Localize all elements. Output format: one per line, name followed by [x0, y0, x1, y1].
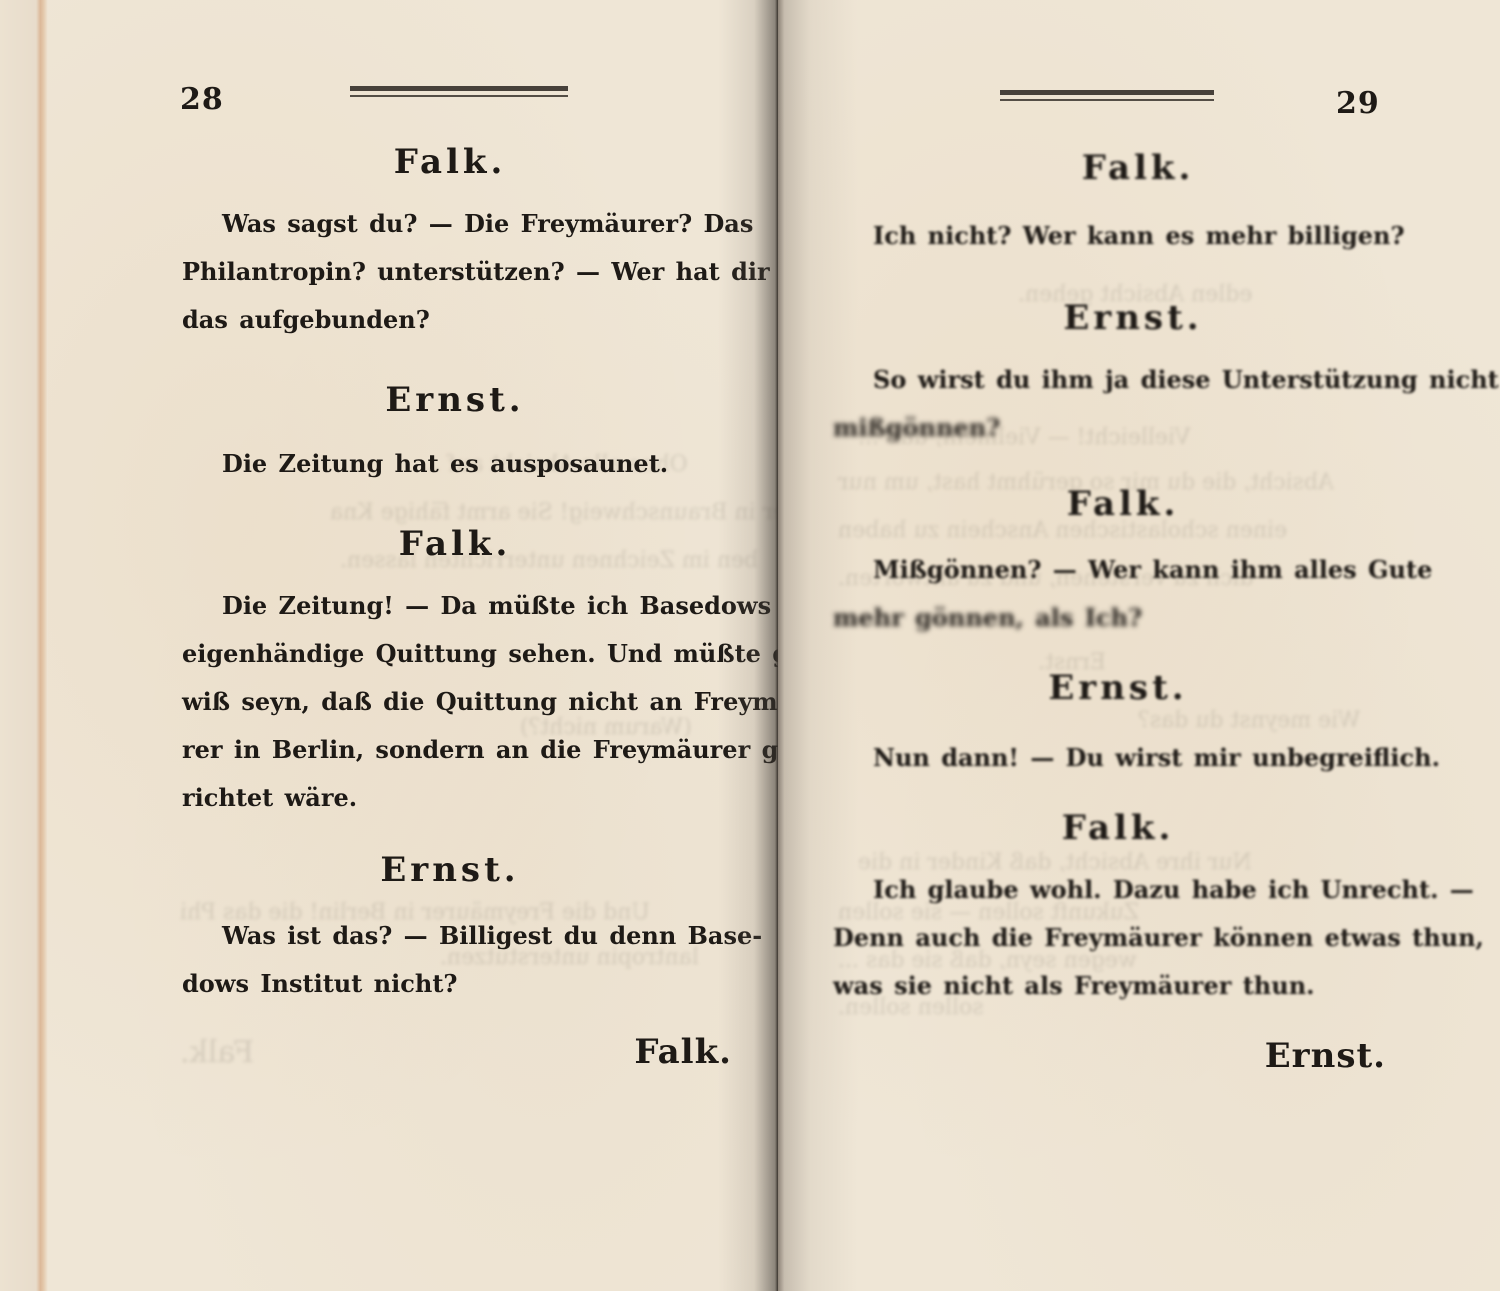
- dialogue-paragraph: Die Zeitung hat es ausposaunet.: [182, 440, 734, 488]
- text-line: Mißgönnen? — Wer kann ihm alles Gute: [833, 546, 1385, 594]
- text-line: Philantropin? unterstützen? — Wer hat di…: [182, 248, 734, 296]
- page-number: 29: [1336, 86, 1380, 121]
- dialogue-paragraph: Ich nicht? Wer kann es mehr billigen?: [873, 212, 1383, 260]
- text-line: wiß seyn, daß die Quittung nicht an Frey…: [182, 678, 734, 726]
- text-line: eigenhändige Quittung sehen. Und müßte g…: [182, 630, 734, 678]
- text-line: Was sagst du? — Die Freymäurer? Das: [182, 200, 734, 248]
- dialogue-paragraph: Nun dann! — Du wirst mir unbegreiflich.: [833, 734, 1385, 782]
- text-line: Ich glaube wohl. Dazu habe ich Unrecht. …: [833, 866, 1385, 914]
- speaker-heading: Falk.: [968, 808, 1268, 848]
- speaker-heading: Ernst.: [305, 380, 605, 420]
- bleed-through-text: Wie meynst du das?: [1138, 708, 1360, 733]
- dialogue-paragraph: Was sagst du? — Die Freymäurer? Das Phil…: [182, 200, 734, 344]
- text-line: Ich nicht? Wer kann es mehr billigen?: [873, 212, 1383, 260]
- text-line: So wirst du ihm ja diese Unterstützung n…: [833, 356, 1385, 404]
- bleed-through-text: Falk.: [180, 1035, 254, 1070]
- speaker-heading: Falk.: [988, 148, 1288, 188]
- book-spread: Ohne alle Absicht auf ... mäurer in Brau…: [0, 0, 1500, 1291]
- header-rule: [1000, 90, 1214, 101]
- text-line: Die Zeitung! — Da müßte ich Basedows: [182, 582, 734, 630]
- text-line: richtet wäre.: [182, 774, 734, 822]
- dialogue-paragraph: Ich glaube wohl. Dazu habe ich Unrecht. …: [833, 866, 1385, 1010]
- text-line: Denn auch die Freymäurer können etwas th…: [833, 914, 1385, 962]
- text-line: Nun dann! — Du wirst mir unbegreiflich.: [833, 734, 1385, 782]
- left-page: Ohne alle Absicht auf ... mäurer in Brau…: [0, 0, 778, 1291]
- dialogue-paragraph: Was ist das? — Billigest du denn Base- d…: [182, 912, 734, 1008]
- text-line: rer in Berlin, sondern an die Freymäurer…: [182, 726, 734, 774]
- text-line: mehr gönnen, als Ich?: [833, 594, 1385, 642]
- header-rule: [350, 86, 568, 97]
- dialogue-paragraph: Mißgönnen? — Wer kann ihm alles Gute meh…: [833, 546, 1385, 642]
- right-page: edlen Absicht gehen. Vielleicht! — Vielm…: [778, 0, 1500, 1291]
- text-line: was sie nicht als Freymäurer thun.: [833, 962, 1385, 1010]
- speaker-heading: Falk.: [300, 142, 600, 182]
- speaker-heading: Falk.: [305, 524, 605, 564]
- dialogue-paragraph: Die Zeitung! — Da müßte ich Basedows eig…: [182, 582, 734, 822]
- text-line: Die Zeitung hat es ausposaunet.: [182, 440, 734, 488]
- speaker-heading: Ernst.: [968, 668, 1268, 708]
- speaker-heading: Ernst.: [983, 298, 1283, 338]
- dialogue-paragraph: So wirst du ihm ja diese Unterstützung n…: [833, 356, 1385, 452]
- text-line: dows Institut nicht?: [182, 960, 734, 1008]
- catchword: Ernst.: [1198, 1036, 1386, 1076]
- text-line: mißgönnen?: [833, 404, 1385, 452]
- bleed-through-text: mäurer in Braunschweig! Sie armt fähige …: [330, 500, 845, 525]
- speaker-heading: Falk.: [973, 484, 1273, 524]
- page-number: 28: [180, 82, 224, 117]
- text-line: Was ist das? — Billigest du denn Base-: [182, 912, 734, 960]
- catchword: Falk.: [560, 1032, 732, 1072]
- text-line: das aufgebunden?: [182, 296, 734, 344]
- speaker-heading: Ernst.: [300, 850, 600, 890]
